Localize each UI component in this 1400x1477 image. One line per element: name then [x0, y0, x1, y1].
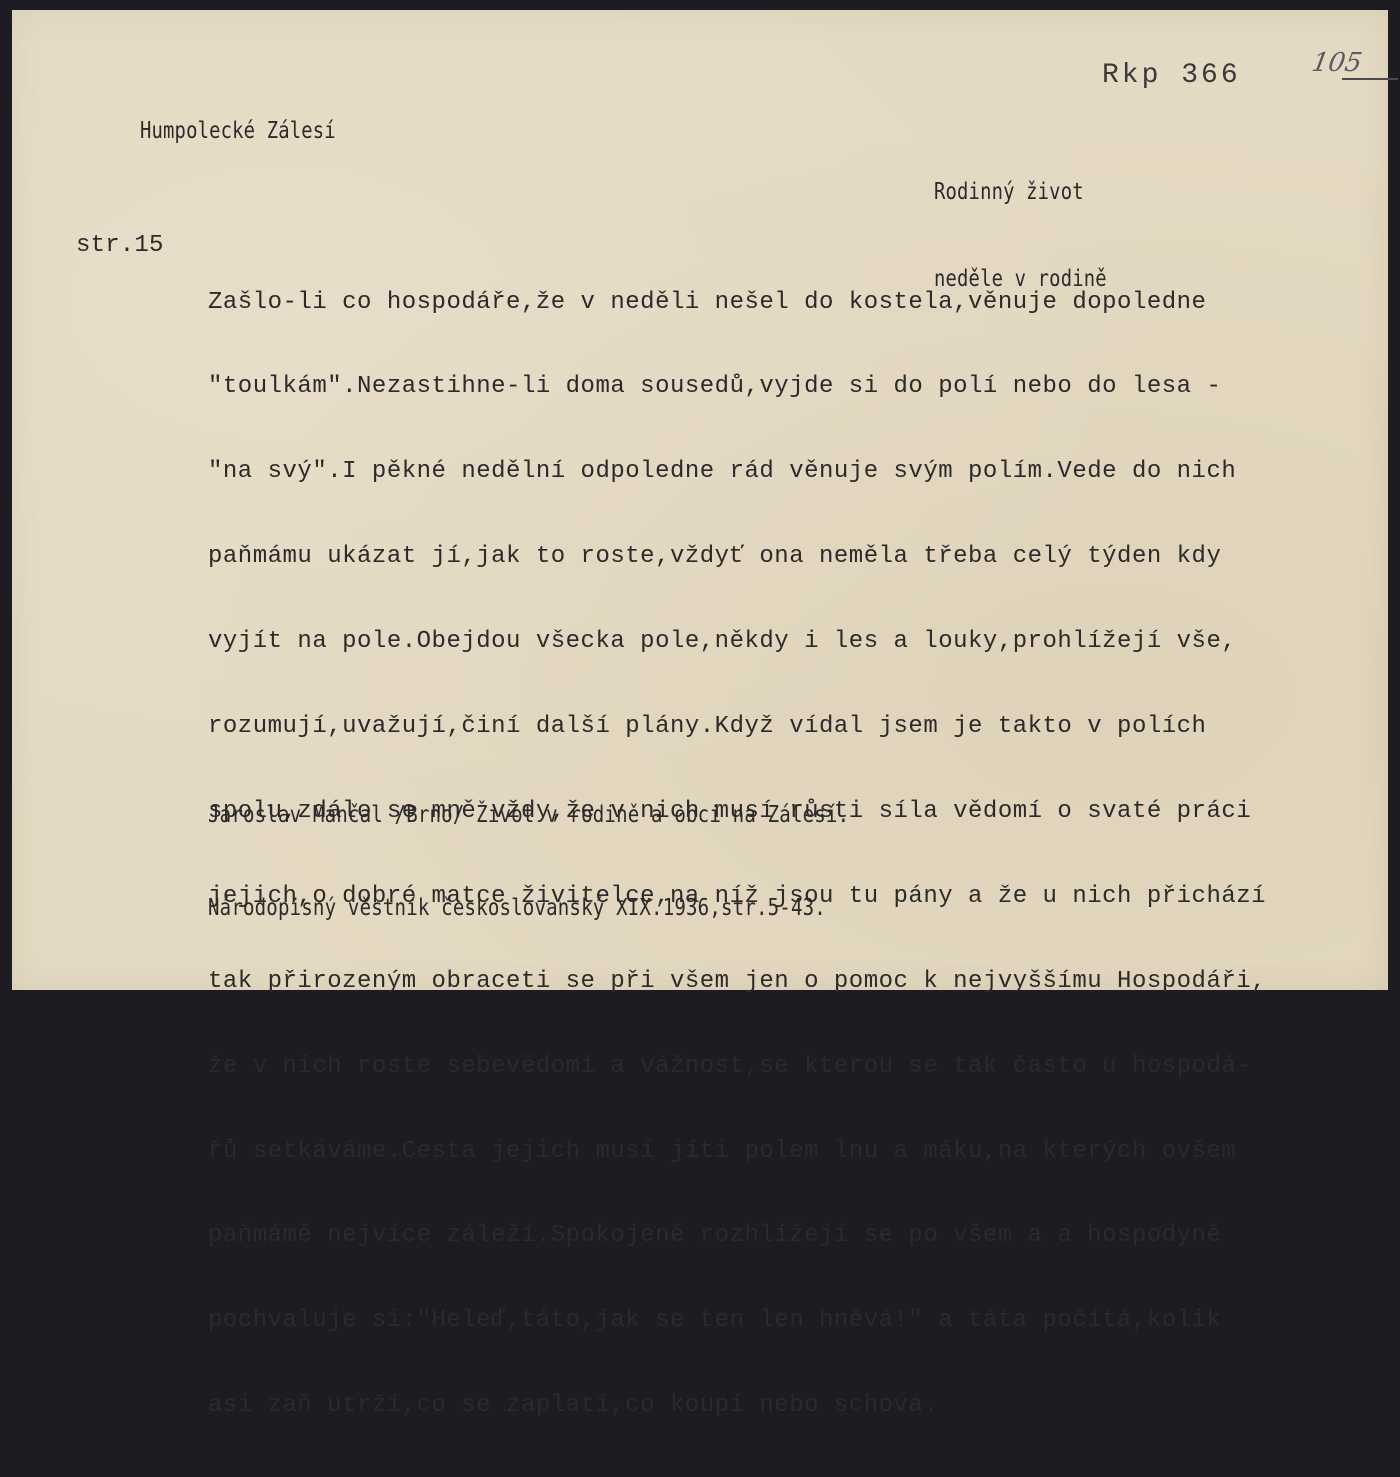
- body-line: "toulkám".Nezastihne-li doma sousedů,vyj…: [208, 373, 1266, 401]
- source-line-1: Jaroslav Mančal /Brno/ Život v rodině a …: [208, 800, 849, 831]
- handwritten-underline: [1342, 78, 1398, 80]
- body-line: vyjít na pole.Obejdou všecka pole,někdy …: [208, 628, 1266, 656]
- source-citation: Jaroslav Mančal /Brno/ Život v rodině a …: [208, 738, 849, 986]
- archive-index-card: Rkp 366 105 Humpolecké Zálesí Rodinný ži…: [12, 10, 1388, 990]
- topic-line-1: Rodinný život: [934, 178, 1107, 207]
- body-line: Zašlo-li co hospodáře,že v neděli nešel …: [208, 289, 1266, 317]
- body-line: "na svý".I pěkné nedělní odpoledne rád v…: [208, 458, 1266, 486]
- region-heading: Humpolecké Zálesí: [140, 118, 336, 144]
- handwritten-page-number: 105: [1309, 48, 1364, 78]
- catalog-number: Rkp 366: [1102, 60, 1241, 91]
- source-line-2: Národopisný věstník českoslovanský XIX.1…: [208, 893, 849, 924]
- page-reference: str.15: [76, 232, 164, 259]
- body-line: paňmámu ukázat jí,jak to roste,vždyť ona…: [208, 543, 1266, 571]
